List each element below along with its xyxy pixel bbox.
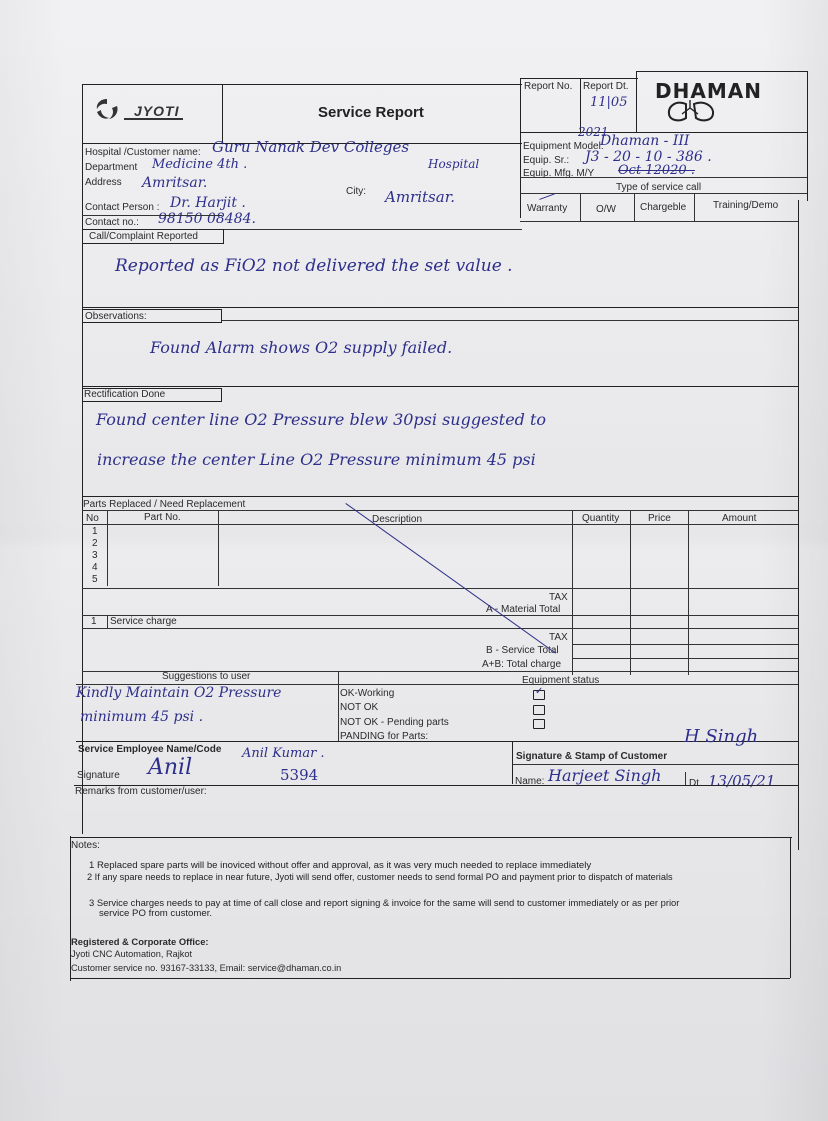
report-date-value: 11|05 xyxy=(590,96,627,109)
jyoti-logo: JYOTI xyxy=(92,96,202,124)
complaint-label: Call/Complaint Reported xyxy=(89,232,198,242)
lungs-icon xyxy=(662,98,722,124)
row-number-4: 4 xyxy=(92,563,98,573)
col-quantity: Quantity xyxy=(582,514,619,524)
tax-2-label: TAX xyxy=(549,633,568,643)
row-number-5: 5 xyxy=(92,575,98,585)
service-type-ow[interactable]: O/W xyxy=(596,205,616,215)
status-option-pending: NOT OK - Pending parts xyxy=(340,718,449,728)
equipment-model-value: Dhaman - III xyxy=(600,134,689,148)
total-charge-label: A+B: Total charge xyxy=(482,660,561,670)
office-contact: Customer service no. 93167-33133, Email:… xyxy=(71,964,341,973)
employee-name-code-label: Service Employee Name/Code xyxy=(78,745,221,755)
observations-label: Observations: xyxy=(85,312,147,322)
note-2: 2 If any spare needs to replace in near … xyxy=(87,873,673,882)
report-date-label: Report Dt. xyxy=(583,82,629,92)
contact-person-value: Dr. Harjit . xyxy=(170,196,246,210)
department-label: Department xyxy=(85,163,137,173)
customer-date-label: Dt. xyxy=(689,779,702,789)
address-label: Address xyxy=(85,178,122,188)
dhaman-brand: DHAMAN xyxy=(652,76,792,130)
rectification-line-2: increase the center Line O2 Pressure min… xyxy=(97,452,536,468)
remarks-label: Remarks from customer/user: xyxy=(75,787,207,797)
checkbox-ok-working[interactable] xyxy=(533,690,545,700)
contact-person-label: Contact Person : xyxy=(85,203,159,213)
col-no: No xyxy=(86,514,99,524)
note-3-continued: service PO from customer. xyxy=(99,909,212,919)
notes-label: Notes: xyxy=(71,841,100,851)
row-number-2: 2 xyxy=(92,539,98,549)
checkbox-pending[interactable] xyxy=(533,719,545,729)
observations-value: Found Alarm shows O2 supply failed. xyxy=(150,340,452,356)
suggestions-label: Suggestions to user xyxy=(162,672,250,682)
parts-strike-line xyxy=(345,503,556,654)
office-company: Jyoti CNC Automation, Rajkot xyxy=(71,950,192,959)
department-value: Medicine 4th . xyxy=(152,158,247,171)
office-label: Registered & Corporate Office: xyxy=(71,937,209,946)
status-option-not-ok: NOT OK xyxy=(340,703,378,713)
city-value: Amritsar. xyxy=(385,190,455,205)
col-description: Description xyxy=(372,515,422,525)
customer-signature-label: Signature & Stamp of Customer xyxy=(516,752,667,762)
row-number-1: 1 xyxy=(92,527,98,537)
equipment-mfg-value: Oct 12020 . xyxy=(618,164,695,177)
suggestions-line-1: Kindly Maintain O2 Pressure xyxy=(76,686,281,700)
note-1: 1 Replaced spare parts will be inoviced … xyxy=(89,861,591,871)
service-type-training[interactable]: Training/Demo xyxy=(713,201,778,211)
rectification-line-1: Found center line O2 Pressure blew 30psi… xyxy=(96,412,546,428)
col-price: Price xyxy=(648,514,671,524)
checkbox-not-ok[interactable] xyxy=(533,705,545,715)
service-charge-label: Service charge xyxy=(110,617,177,627)
hospital-value-2: Hospital xyxy=(428,158,479,170)
service-type-chargeble[interactable]: Chargeble xyxy=(640,203,686,213)
tax-label: TAX xyxy=(549,593,568,603)
customer-date-value: 13/05/21 xyxy=(708,774,775,789)
employee-name-value: Anil Kumar . xyxy=(242,747,325,760)
rectification-label: Rectification Done xyxy=(84,390,165,400)
equipment-serial-value: J3 - 20 - 10 - 386 . xyxy=(585,150,712,164)
note-3: 3 Service charges needs to pay at time o… xyxy=(89,898,679,907)
employee-signature-label: Signature xyxy=(77,771,120,781)
customer-signature: H Singh xyxy=(684,728,758,746)
complaint-value: Reported as FiO2 not delivered the set v… xyxy=(115,258,513,275)
col-amount: Amount xyxy=(722,514,756,524)
employee-code-value: 5394 xyxy=(280,768,318,783)
status-option-ok-working: OK-Working xyxy=(340,689,394,699)
suggestions-line-2: minimum 45 psi . xyxy=(80,710,203,724)
jyoti-logo-text: JYOTI xyxy=(124,104,183,120)
service-charge-no: 1 xyxy=(91,617,97,627)
col-part-no: Part No. xyxy=(144,513,181,523)
jyoti-swirl-icon xyxy=(92,96,122,122)
hospital-value: Guru Nanak Dev Colleges xyxy=(212,140,409,155)
equipment-serial-label: Equip. Sr.: xyxy=(523,156,569,166)
parts-section-label: Parts Replaced / Need Replacement xyxy=(83,500,245,510)
customer-name-value: Harjeet Singh xyxy=(548,768,661,784)
service-type-label: Type of service call xyxy=(616,183,701,193)
employee-signature: Anil xyxy=(148,757,192,779)
page-title: Service Report xyxy=(318,104,424,121)
city-label: City: xyxy=(346,187,366,197)
address-value: Amritsar. xyxy=(142,176,207,190)
row-number-3: 3 xyxy=(92,551,98,561)
contact-no-label: Contact no.: xyxy=(85,218,139,228)
service-type-warranty[interactable]: Warranty xyxy=(527,204,567,214)
report-no-label: Report No. xyxy=(524,82,572,92)
